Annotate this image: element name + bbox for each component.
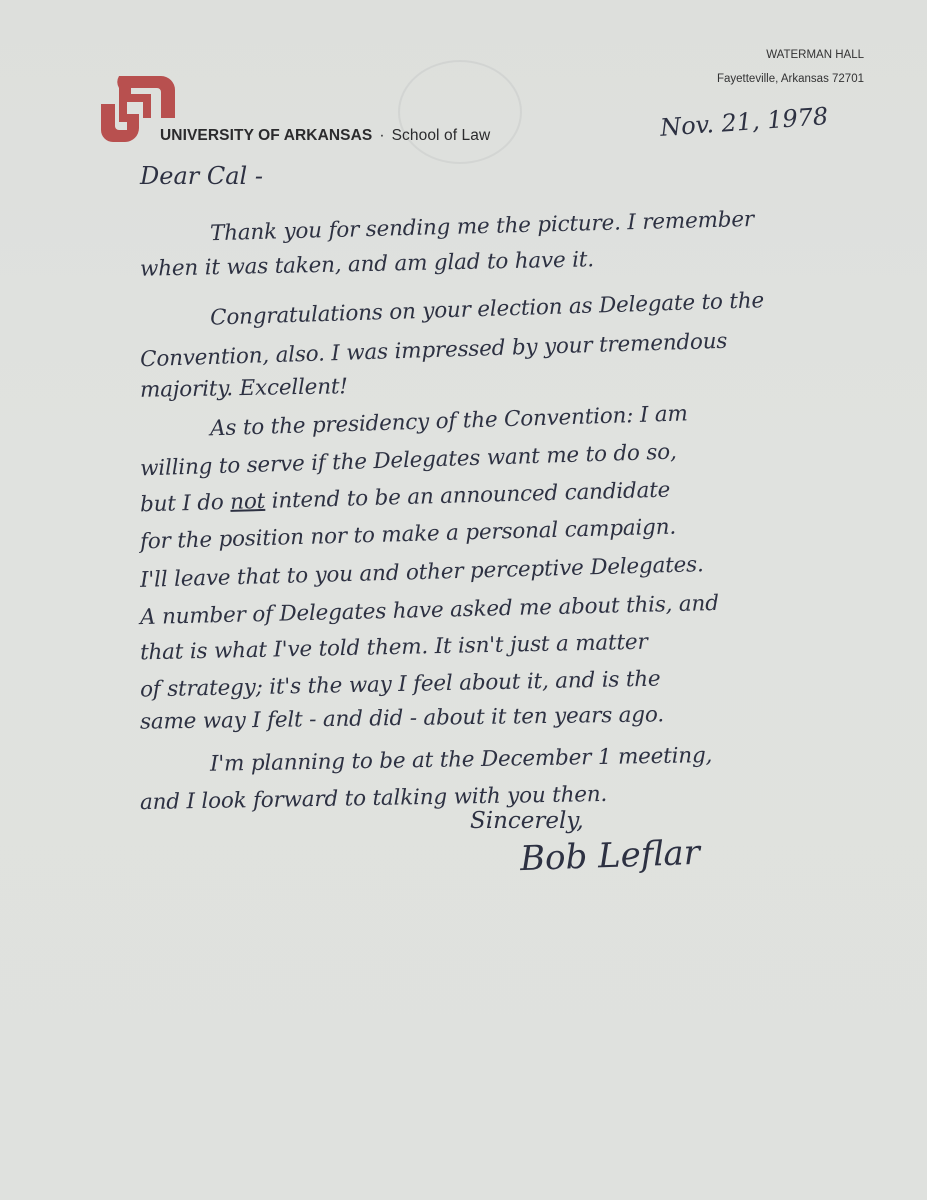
department-name: School of Law: [392, 127, 491, 144]
body-line: of strategy; it's the way I feel about i…: [140, 667, 661, 703]
body-line: Thank you for sending me the picture. I …: [140, 207, 754, 248]
letter-page: UNIVERSITY OF ARKANSAS·School of Law WAT…: [0, 0, 927, 1200]
letterhead-org: UNIVERSITY OF ARKANSAS·School of Law: [160, 127, 490, 145]
emphasized-word: not: [230, 489, 266, 515]
body-line: when it was taken, and am glad to have i…: [140, 247, 594, 282]
closing: Sincerely,: [470, 808, 584, 834]
body-line: for the position nor to make a personal …: [140, 515, 677, 555]
body-line: but I do not intend to be an announced c…: [140, 478, 671, 518]
address-line-2: Fayetteville, Arkansas 72701: [717, 67, 864, 91]
body-text: but I do: [140, 490, 224, 517]
body-line: majority. Excellent!: [140, 374, 348, 403]
signature: Bob Leflar: [519, 833, 700, 879]
separator: ·: [379, 127, 384, 144]
salutation: Dear Cal -: [140, 162, 263, 190]
body-line: same way I felt - and did - about it ten…: [140, 702, 664, 734]
body-text: intend to be an announced candidate: [271, 478, 670, 514]
body-line: I'll leave that to you and other percept…: [140, 552, 704, 593]
watermark-seal: [398, 60, 522, 164]
address-line-1: WATERMAN HALL: [717, 43, 864, 67]
letterhead-address: WATERMAN HALL Fayetteville, Arkansas 727…: [717, 43, 864, 91]
body-line: Congratulations on your election as Dele…: [140, 288, 765, 333]
body-line: willing to serve if the Delegates want m…: [140, 440, 677, 482]
body-line: that is what I've told them. It isn't ju…: [140, 630, 648, 666]
body-line: Convention, also. I was impressed by you…: [140, 329, 728, 372]
body-line: As to the presidency of the Convention: …: [140, 401, 688, 443]
body-line: I'm planning to be at the December 1 mee…: [140, 743, 713, 778]
institution-name: UNIVERSITY OF ARKANSAS: [160, 127, 372, 144]
body-line: A number of Delegates have asked me abou…: [140, 591, 719, 630]
letter-date: Nov. 21, 1978: [659, 102, 829, 142]
